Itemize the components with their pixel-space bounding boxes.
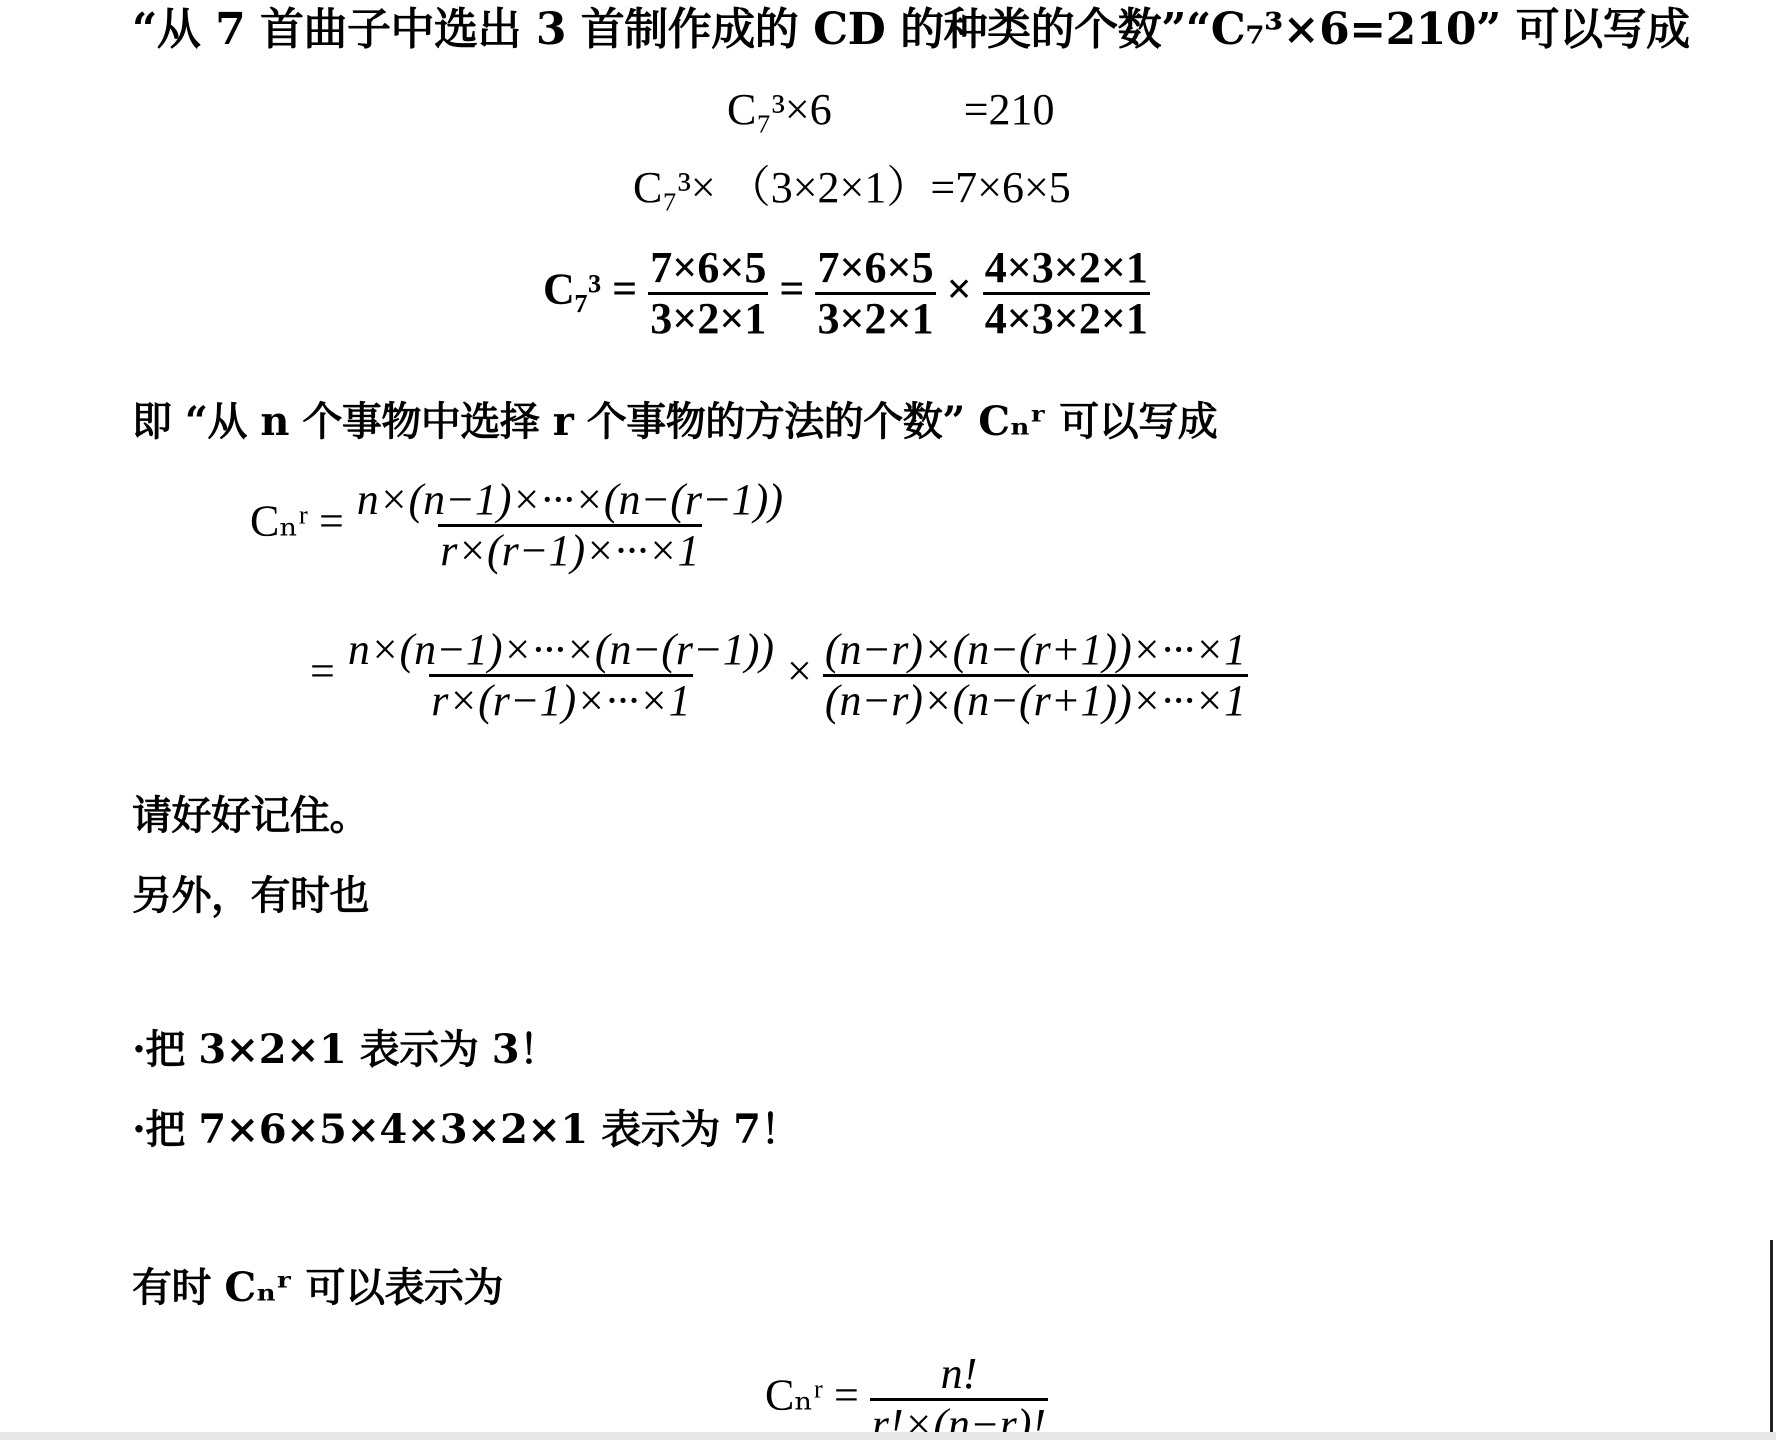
sometimes-text: 有时 Cₙʳ 可以表示为: [132, 1268, 503, 1308]
bullet-item: ·把 7×6×5×4×3×2×1 表示为 7！: [132, 1110, 800, 1150]
general-text: 即 “从 n 个事物中选择 r 个事物的方法的个数” Cₙʳ 可以写成: [132, 402, 1217, 442]
equation-1-rhs: =210: [964, 85, 1055, 134]
fraction-5: n×(n−1)×···×(n−(r−1)) r×(r−1)×···×1: [346, 628, 776, 723]
page-edge-line: [1770, 1240, 1773, 1432]
equation-6-lhs: Cₙʳ: [765, 1371, 823, 1420]
equation-4-lhs: Cₙʳ: [250, 497, 308, 546]
also-text: 另外，有时也: [132, 876, 369, 916]
fraction-4: n×(n−1)×···×(n−(r−1)) r×(r−1)×···×1: [355, 478, 785, 573]
equation-3: C₇³ = 7×6×5 3×2×1 = 7×6×5 3×2×1 × 4×3×2×…: [543, 246, 1150, 341]
fraction-2: 7×6×5 3×2×1: [815, 246, 935, 341]
bullet-item: ·把 3×2×1 表示为 3！: [132, 1030, 559, 1070]
equation-5: = n×(n−1)×···×(n−(r−1)) r×(r−1)×···×1 × …: [310, 628, 1248, 723]
fraction-6: (n−r)×(n−(r+1))×···×1 (n−r)×(n−(r+1))×··…: [823, 628, 1248, 723]
equation-2: C₇³× （3×2×1）=7×6×5: [633, 166, 1071, 210]
remember-text: 请好好记住。: [132, 796, 369, 836]
fraction-3: 4×3×2×1 4×3×2×1: [983, 246, 1150, 341]
intro-text: “从 7 首曲子中选出 3 首制作成的 CD 的种类的个数”“C₇³×6=210…: [132, 8, 1690, 52]
fraction-7: n! r!×(n−r)!: [870, 1352, 1048, 1440]
equation-1-lhs: C₇³×6: [727, 85, 832, 134]
fraction-1: 7×6×5 3×2×1: [648, 246, 768, 341]
equation-3-lhs: C₇³: [543, 265, 601, 314]
bottom-strip: [0, 1432, 1776, 1440]
equation-1: C₇³×6 =210: [727, 88, 1055, 132]
equation-6: Cₙʳ = n! r!×(n−r)!: [765, 1352, 1048, 1440]
equation-4: Cₙʳ = n×(n−1)×···×(n−(r−1)) r×(r−1)×···×…: [250, 478, 785, 573]
